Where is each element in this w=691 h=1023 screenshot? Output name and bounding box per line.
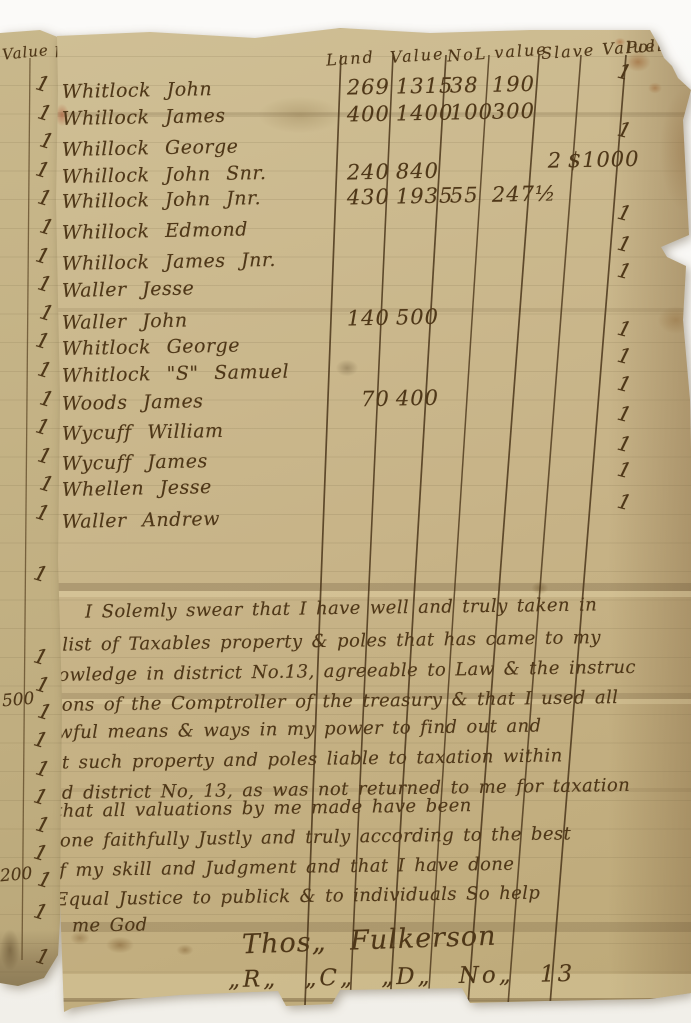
column-header-land: Land	[325, 47, 375, 69]
land-amount: 400	[338, 101, 390, 126]
taxpayer-name: Whillock James	[62, 104, 226, 129]
taxpayer-name: Waller John	[62, 309, 188, 333]
taxpayer-name: Wycuff William	[62, 420, 224, 445]
lots-value-amount: 247½	[492, 182, 554, 207]
taxpayer-name: Wycuff James	[62, 450, 208, 475]
taxpayer-name: Waller Jesse	[62, 278, 195, 303]
land-amount: 70	[338, 386, 390, 411]
taxpayer-name: Whellen Jesse	[62, 476, 212, 501]
land-amount: 269	[338, 75, 390, 100]
land-amount: 430	[338, 185, 390, 210]
slave-count: 2	[547, 148, 562, 172]
value-amount: 400	[396, 385, 456, 410]
value-amount: 1935	[396, 184, 456, 209]
paper-sheet: ~ LandValueNoL valueSlave ValuePoll Whit…	[0, 0, 691, 1023]
oath-line: me God	[72, 914, 148, 936]
value-amount: 500	[396, 304, 456, 329]
taxpayer-name: Whitlock George	[62, 335, 240, 360]
land-amount: 140	[338, 305, 390, 330]
taxpayer-name: Whillock James Jnr.	[62, 248, 276, 274]
slave-value-amount: $1000	[567, 147, 639, 172]
taxpayer-name: Whillock John Jnr.	[62, 188, 261, 214]
value-amount: 840	[396, 158, 456, 183]
column-header-value: Value	[389, 44, 445, 67]
lots-amount: 38	[450, 73, 490, 98]
value-amount: 1315	[396, 73, 456, 98]
lots-amount: 55	[450, 183, 490, 208]
document-photo: Value po 1111111111111111111111111111 50…	[0, 0, 691, 1023]
land-amount: 240	[338, 159, 390, 184]
lots-value-amount: 190	[492, 72, 554, 97]
taxpayer-name: Whitlock John	[62, 78, 213, 103]
taxpayer-name: Whillock George	[62, 136, 239, 161]
column-header-poll: Poll	[625, 36, 664, 58]
taxpayer-name: Woods James	[62, 390, 204, 415]
lots-amount: 100	[450, 99, 490, 124]
pen-flourish: ~	[331, 3, 353, 31]
lots-value-amount: 300	[492, 98, 554, 123]
taxpayer-name: Whillock Edmond	[62, 218, 248, 244]
value-amount: 1400	[396, 100, 456, 125]
taxpayer-name: Waller Andrew	[62, 508, 220, 533]
taxpayer-name: Whitlock "S" Samuel	[62, 361, 290, 387]
taxpayer-name: Whillock John Snr.	[62, 162, 267, 188]
